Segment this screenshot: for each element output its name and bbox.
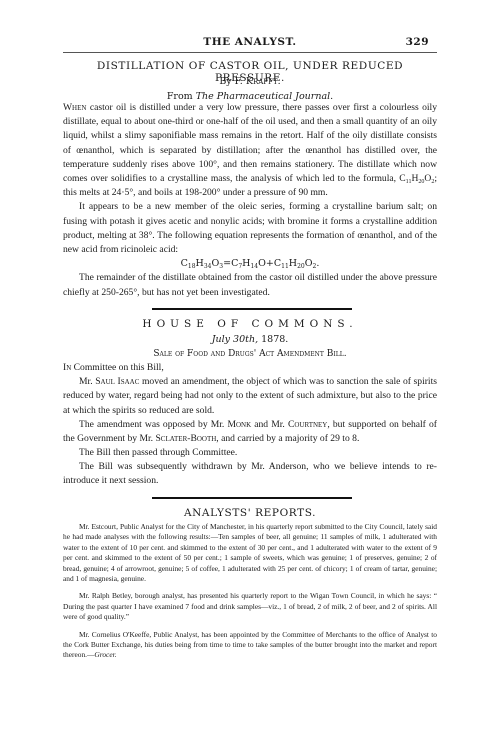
header-rule (63, 52, 437, 53)
person-name: Saul Isaac (95, 376, 139, 387)
article2-body: In Committee on this Bill, Mr. Saul Isaa… (63, 361, 437, 460)
byline-author: Krafft. (246, 76, 281, 87)
article-date: July 30th, 1878. (63, 334, 437, 345)
text-run: castor oil is distilled under a very low… (63, 102, 437, 184)
paragraph: The Bill then passed through Committee. (63, 446, 437, 460)
byline-prefix: By F. (219, 76, 246, 87)
person-name: Courtney (288, 419, 327, 430)
journal-title: THE ANALYST. (63, 36, 437, 48)
paragraph: When castor oil is distilled under a ver… (63, 101, 437, 200)
article-title-analysts-reports: ANALYSTS' REPORTS. (63, 507, 437, 519)
paragraph: Mr. Saul Isaac moved an amendment, the o… (63, 375, 437, 418)
chemical-equation: C18H34O3=C7H14O+C11H20O2. (63, 257, 437, 271)
text-run: Mr. (79, 376, 95, 387)
date-year: 1878. (258, 334, 288, 345)
article3-body: Mr. Estcourt, Public Analyst for the Cit… (63, 522, 437, 661)
paragraph: The Bill was subsequently withdrawn by M… (63, 460, 437, 488)
section-divider (152, 497, 352, 499)
person-name: Monk (227, 419, 251, 430)
source-citation: Grocer. (94, 650, 116, 659)
person-name: Sclater-Booth (155, 433, 216, 444)
running-head: THE ANALYST. 329 (63, 36, 437, 52)
article-title-house-of-commons: HOUSE OF COMMONS. (63, 318, 437, 330)
paragraph: The amendment was opposed by Mr. Monk an… (63, 418, 437, 446)
drop-word: When (63, 102, 86, 113)
drop-word: In (63, 362, 71, 373)
article1-body: When castor oil is distilled under a ver… (63, 101, 437, 300)
paragraph: The remainder of the distillate obtained… (63, 271, 437, 299)
text-run: Mr. Cornelius O'Keeffe, Public Analyst, … (63, 630, 437, 660)
paragraph: Mr. Estcourt, Public Analyst for the Cit… (63, 522, 437, 584)
paragraph: Mr. Cornelius O'Keeffe, Public Analyst, … (63, 630, 437, 661)
page-number: 329 (406, 36, 429, 48)
paragraph: Mr. Ralph Betley, borough analyst, has p… (63, 591, 437, 622)
paragraph: In Committee on this Bill, (63, 361, 437, 375)
article-byline: By F. Krafft. (63, 76, 437, 87)
text-run: Committee on this Bill, (71, 362, 163, 373)
section-divider (152, 308, 352, 310)
article-subtitle: Sale of Food and Drugs' Act Amendment Bi… (63, 349, 437, 359)
date-italic: July 30th, (212, 334, 258, 345)
paragraph: It appears to be a new member of the ole… (63, 200, 437, 257)
article2-postscript: The Bill was subsequently withdrawn by M… (63, 460, 437, 488)
